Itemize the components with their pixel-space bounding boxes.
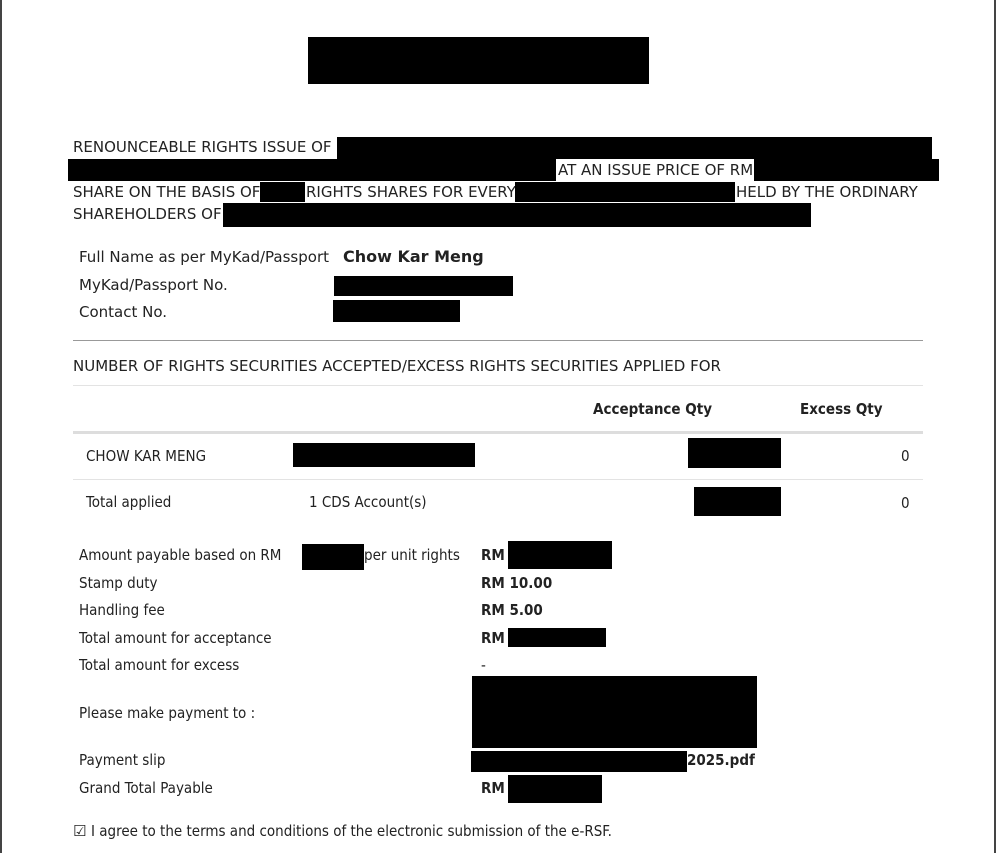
row-name: CHOW KAR MENG	[86, 446, 206, 466]
handling-fee-label: Handling fee	[79, 600, 165, 620]
redacted-ratio	[260, 182, 305, 202]
grand-total-value: RM	[481, 778, 505, 798]
id-label: MyKad/Passport No.	[79, 275, 228, 295]
header-excess-qty: Excess Qty	[800, 399, 883, 419]
redacted-header-logo	[308, 37, 649, 84]
redacted-cds-account	[293, 443, 475, 467]
row-divider	[73, 479, 923, 480]
checkbox-checked-icon[interactable]: ☑	[73, 821, 86, 841]
stamp-duty-label: Stamp duty	[79, 573, 158, 593]
intro-line4-prefix: SHAREHOLDERS OF	[73, 204, 222, 224]
redacted-payment-slip-filename	[471, 751, 687, 772]
total-acceptance-value: RM	[481, 628, 505, 648]
redacted-issue-price	[754, 159, 939, 181]
total-label: Total applied	[86, 492, 171, 512]
table-header-border	[73, 431, 923, 434]
total-acceptance-label: Total amount for acceptance	[79, 628, 272, 648]
intro-line3-suffix: HELD BY THE ORDINARY	[736, 182, 918, 202]
payment-slip-link[interactable]: 2025.pdf	[687, 750, 755, 770]
redacted-payment-details	[472, 676, 757, 748]
left-border	[0, 0, 2, 853]
agreement-text: I agree to the terms and conditions of t…	[91, 821, 612, 841]
redacted-total-acceptance	[508, 628, 606, 647]
total-accounts: 1 CDS Account(s)	[309, 492, 427, 512]
header-acceptance-qty: Acceptance Qty	[593, 399, 712, 419]
redacted-amount-payable	[508, 541, 612, 569]
amount-payable-label-prefix: Amount payable based on RM	[79, 545, 281, 565]
section-divider	[73, 340, 923, 341]
redacted-id-number	[334, 276, 513, 296]
redacted-grand-total	[508, 775, 602, 803]
payment-to-label: Please make payment to :	[79, 703, 255, 723]
table-top-border	[73, 385, 923, 386]
redacted-acceptance-qty	[688, 438, 781, 468]
row-excess: 0	[901, 446, 910, 466]
grand-total-label: Grand Total Payable	[79, 778, 213, 798]
redacted-total-acceptance-qty	[694, 487, 781, 516]
redacted-issue-details	[68, 159, 556, 181]
intro-line2-text: AT AN ISSUE PRICE OF RM	[558, 160, 753, 180]
full-name-label: Full Name as per MyKad/Passport	[79, 247, 329, 267]
intro-line3-prefix: SHARE ON THE BASIS OF	[73, 182, 260, 202]
handling-fee-value: RM 5.00	[481, 600, 543, 620]
stamp-duty-value: RM 10.00	[481, 573, 552, 593]
amount-payable-label-suffix: per unit rights	[364, 545, 460, 565]
redacted-contact-number	[333, 300, 460, 322]
redacted-unit-price	[302, 544, 364, 570]
amount-payable-value: RM	[481, 545, 505, 565]
intro-line1-prefix: RENOUNCEABLE RIGHTS ISSUE OF	[73, 137, 332, 157]
intro-line3-mid: RIGHTS SHARES FOR EVERY	[306, 182, 516, 202]
section-title: NUMBER OF RIGHTS SECURITIES ACCEPTED/EXC…	[73, 356, 721, 376]
payment-slip-label: Payment slip	[79, 750, 165, 770]
full-name-value: Chow Kar Meng	[343, 247, 484, 267]
contact-label: Contact No.	[79, 302, 167, 322]
total-excess-label: Total amount for excess	[79, 655, 239, 675]
total-excess: 0	[901, 493, 910, 513]
redacted-share-basis	[515, 182, 735, 202]
redacted-company-name	[337, 137, 932, 159]
redacted-company-name-2	[223, 203, 811, 227]
total-excess-value: -	[481, 655, 486, 675]
